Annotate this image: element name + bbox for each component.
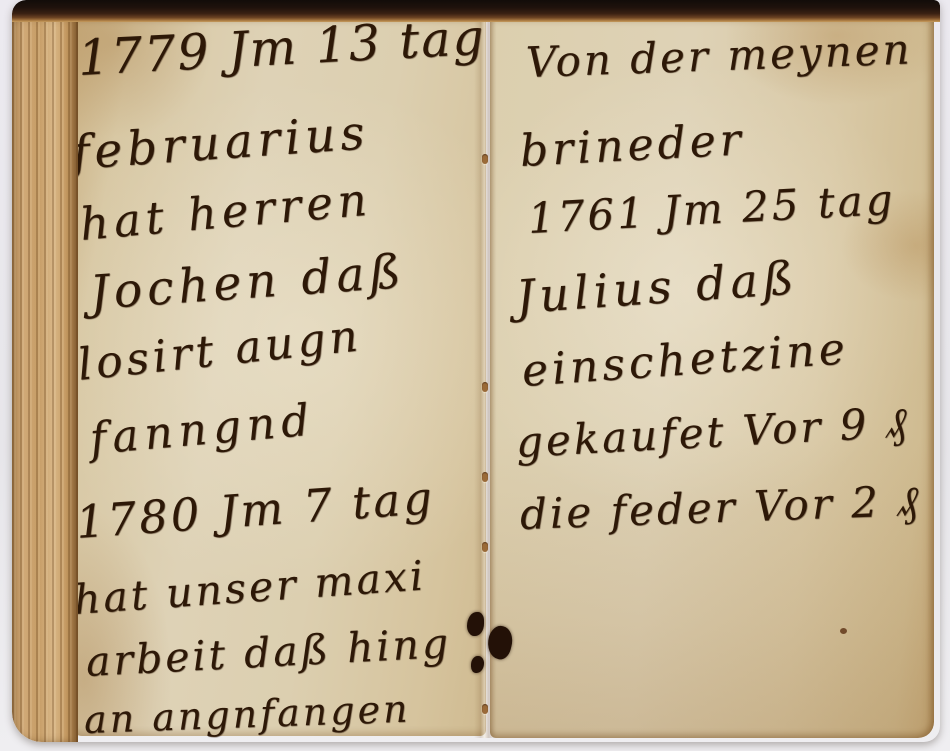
handwritten-line: 1761 Jm 25 tag [527, 175, 897, 243]
binding-stitch [482, 154, 488, 164]
handwritten-line: hat unser maxi [72, 551, 427, 623]
handwritten-line: an angnfangen [83, 687, 411, 742]
handwritten-line: gekaufet Vor 9 ₰ [515, 397, 911, 468]
handwritten-line: arbeit daß hing [85, 619, 452, 686]
handwritten-line: losirt augn [75, 310, 364, 391]
handwritten-line: februarius [70, 105, 371, 181]
binding-stitch [482, 382, 488, 392]
handwritten-line: fanngnd [88, 394, 317, 464]
handwritten-line: hat herren [78, 173, 374, 251]
binding-stitch [482, 472, 488, 482]
handwritten-line: Jochen daß [88, 244, 407, 321]
book-top-shadow [12, 0, 940, 22]
scanned-notebook-spread: 1779 Jm 13 tag februarius hat herren Joc… [0, 0, 950, 751]
handwritten-line: Von der meynen [525, 25, 913, 87]
right-page: Von der meynen brineder 1761 Jm 25 tag J… [490, 14, 934, 738]
ink-blot [467, 612, 484, 636]
left-page-edge-stack [12, 6, 78, 742]
handwritten-line: brineder [519, 114, 746, 177]
open-book: 1779 Jm 13 tag februarius hat herren Joc… [12, 0, 940, 742]
handwritten-line: 1780 Jm 7 tag [74, 471, 436, 549]
paper-speck [840, 628, 847, 634]
left-page: 1779 Jm 13 tag februarius hat herren Joc… [72, 14, 486, 736]
handwritten-line: einschetzine [520, 323, 850, 397]
handwritten-line: die feder Vor 2 ₰ [519, 476, 922, 540]
binding-stitch [482, 704, 488, 714]
binding-stitch [482, 542, 488, 552]
handwritten-line: Julius daß [514, 250, 800, 324]
